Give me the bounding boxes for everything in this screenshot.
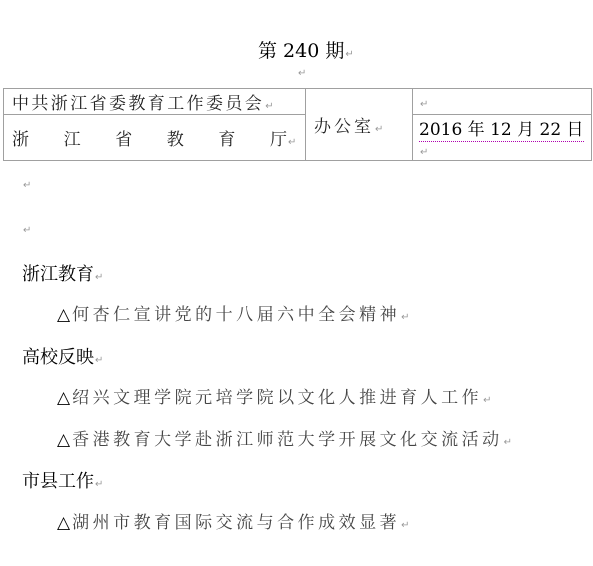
paragraph-mark-icon: ↵ xyxy=(420,99,428,110)
paragraph-mark-icon: ↵ xyxy=(95,272,103,283)
section-title-text: 浙江教育 xyxy=(22,264,94,285)
paragraph-mark-icon: ↵ xyxy=(401,312,413,323)
item-text: 何杏仁宣讲党的十八届六中全会精神 xyxy=(72,305,400,325)
paragraph-mark-icon: ↵ xyxy=(95,355,103,366)
section-title-university-reports: 高校反映↵ xyxy=(22,343,103,369)
item-text: 香港教育大学赴浙江师范大学开展文化交流活动 xyxy=(72,430,503,450)
section-title-zhejiang-education: 浙江教育↵ xyxy=(22,260,103,286)
list-item[interactable]: △绍兴文理学院元培学院以文化人推进育人工作↵ xyxy=(57,383,495,408)
triangle-bullet-icon: △ xyxy=(57,388,72,408)
paragraph-mark-icon: ↵ xyxy=(345,49,353,60)
org-line1-text: 中共浙江省委教育工作委员会 xyxy=(12,94,264,114)
item-text: 绍兴文理学院元培学院以文化人推进育人工作 xyxy=(72,388,482,408)
paragraph-mark-icon: ↵ xyxy=(504,437,516,448)
masthead-table: 中共浙江省委教育工作委员会↵ 办公室↵ ↵ 浙 江 省 教 育 厅 ↵ 2016… xyxy=(3,88,592,161)
paragraph-mark-icon: ↵ xyxy=(23,225,31,236)
office-text: 办公室 xyxy=(314,117,374,137)
paragraph-mark-icon: ↵ xyxy=(298,68,306,79)
org-char: 教 xyxy=(167,125,184,150)
list-item[interactable]: △何杏仁宣讲党的十八届六中全会精神↵ xyxy=(57,300,413,325)
section-title-text: 市县工作 xyxy=(22,471,94,492)
triangle-bullet-icon: △ xyxy=(57,305,72,325)
org-char: 浙 xyxy=(12,125,29,150)
office-cell: 办公室↵ xyxy=(306,89,413,161)
triangle-bullet-icon: △ xyxy=(57,513,72,533)
paragraph-mark-icon: ↵ xyxy=(265,101,276,112)
triangle-bullet-icon: △ xyxy=(57,430,72,450)
issue-date: 2016 年 12 月 22 日 xyxy=(419,120,584,142)
org-name-party-committee: 中共浙江省委教育工作委员会↵ xyxy=(4,89,306,115)
empty-cell: ↵ xyxy=(413,89,592,115)
paragraph-mark-icon: ↵ xyxy=(23,180,31,191)
org-char: 江 xyxy=(64,125,81,150)
paragraph-mark-icon: ↵ xyxy=(288,137,296,148)
paragraph-mark-icon: ↵ xyxy=(420,147,428,158)
org-char: 省 xyxy=(115,125,132,150)
paragraph-mark-icon: ↵ xyxy=(401,520,413,531)
paragraph-mark-icon: ↵ xyxy=(375,124,386,135)
item-text: 湖州市教育国际交流与合作成效显著 xyxy=(72,513,400,533)
org-char: 厅 xyxy=(270,125,287,150)
paragraph-mark-icon: ↵ xyxy=(483,395,495,406)
org-line2-text: 浙 江 省 教 育 厅 xyxy=(12,125,287,150)
issue-text: 第 240 期 xyxy=(258,40,344,62)
org-name-education-department: 浙 江 省 教 育 厅 ↵ xyxy=(4,115,306,161)
issue-number: 第 240 期↵ xyxy=(258,36,354,63)
list-item[interactable]: △湖州市教育国际交流与合作成效显著↵ xyxy=(57,508,413,533)
section-title-city-county-work: 市县工作↵ xyxy=(22,467,103,493)
paragraph-mark-icon: ↵ xyxy=(95,479,103,490)
date-cell: 2016 年 12 月 22 日↵ xyxy=(413,115,592,161)
list-item[interactable]: △香港教育大学赴浙江师范大学开展文化交流活动↵ xyxy=(57,425,515,450)
section-title-text: 高校反映 xyxy=(22,347,94,368)
org-char: 育 xyxy=(218,125,235,150)
